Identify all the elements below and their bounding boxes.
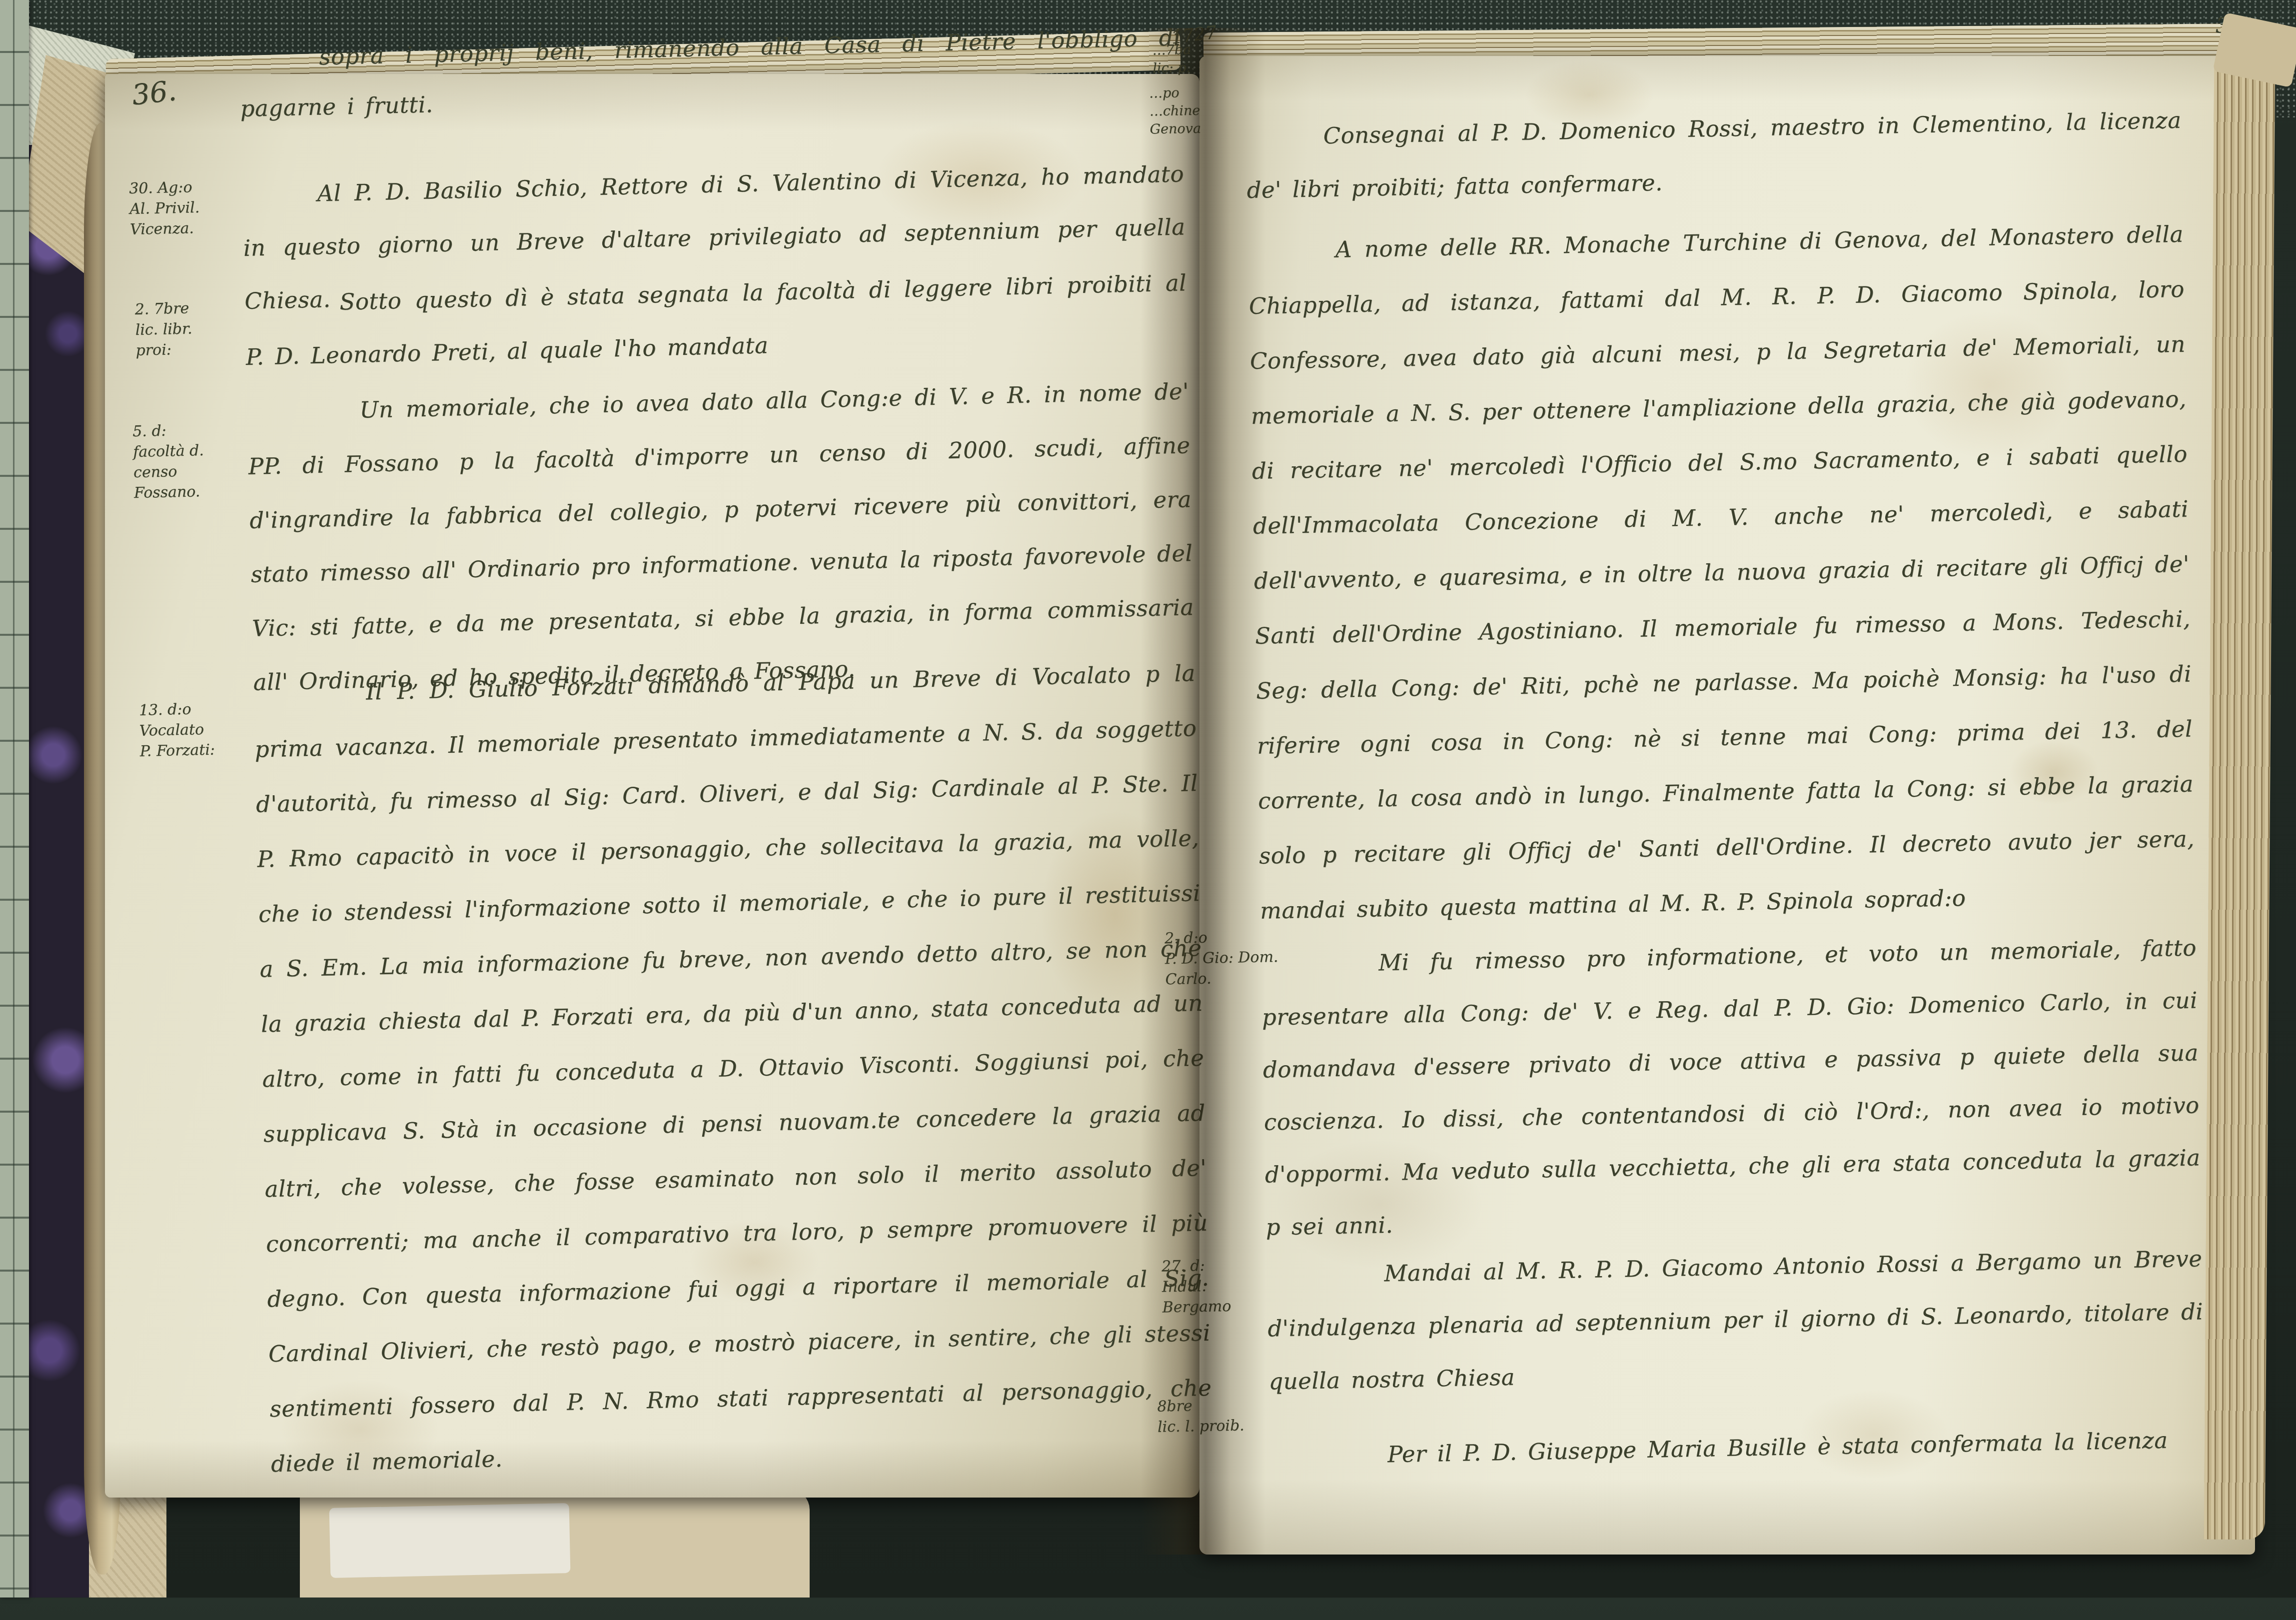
manuscript-paragraph: A nome delle RR. Monache Turchine di Gen… <box>1247 207 2196 939</box>
manuscript-paragraph: Consegnai al P. D. Domenico Rossi, maest… <box>1245 94 2183 217</box>
book-gutter-shadow <box>1141 28 1265 1555</box>
manuscript-paragraph: Mandai al M. R. P. D. Giacomo Antonio Ro… <box>1266 1232 2205 1408</box>
fore-edge-page-stack <box>2204 65 2276 1540</box>
manuscript-paragraph: Mi fu rimesso pro informatione, et voto … <box>1260 921 2202 1253</box>
scanner-ruler-strip <box>0 0 29 1598</box>
manuscript-paragraph: Per il P. D. Giuseppe Maria Busille è st… <box>1269 1413 2206 1483</box>
